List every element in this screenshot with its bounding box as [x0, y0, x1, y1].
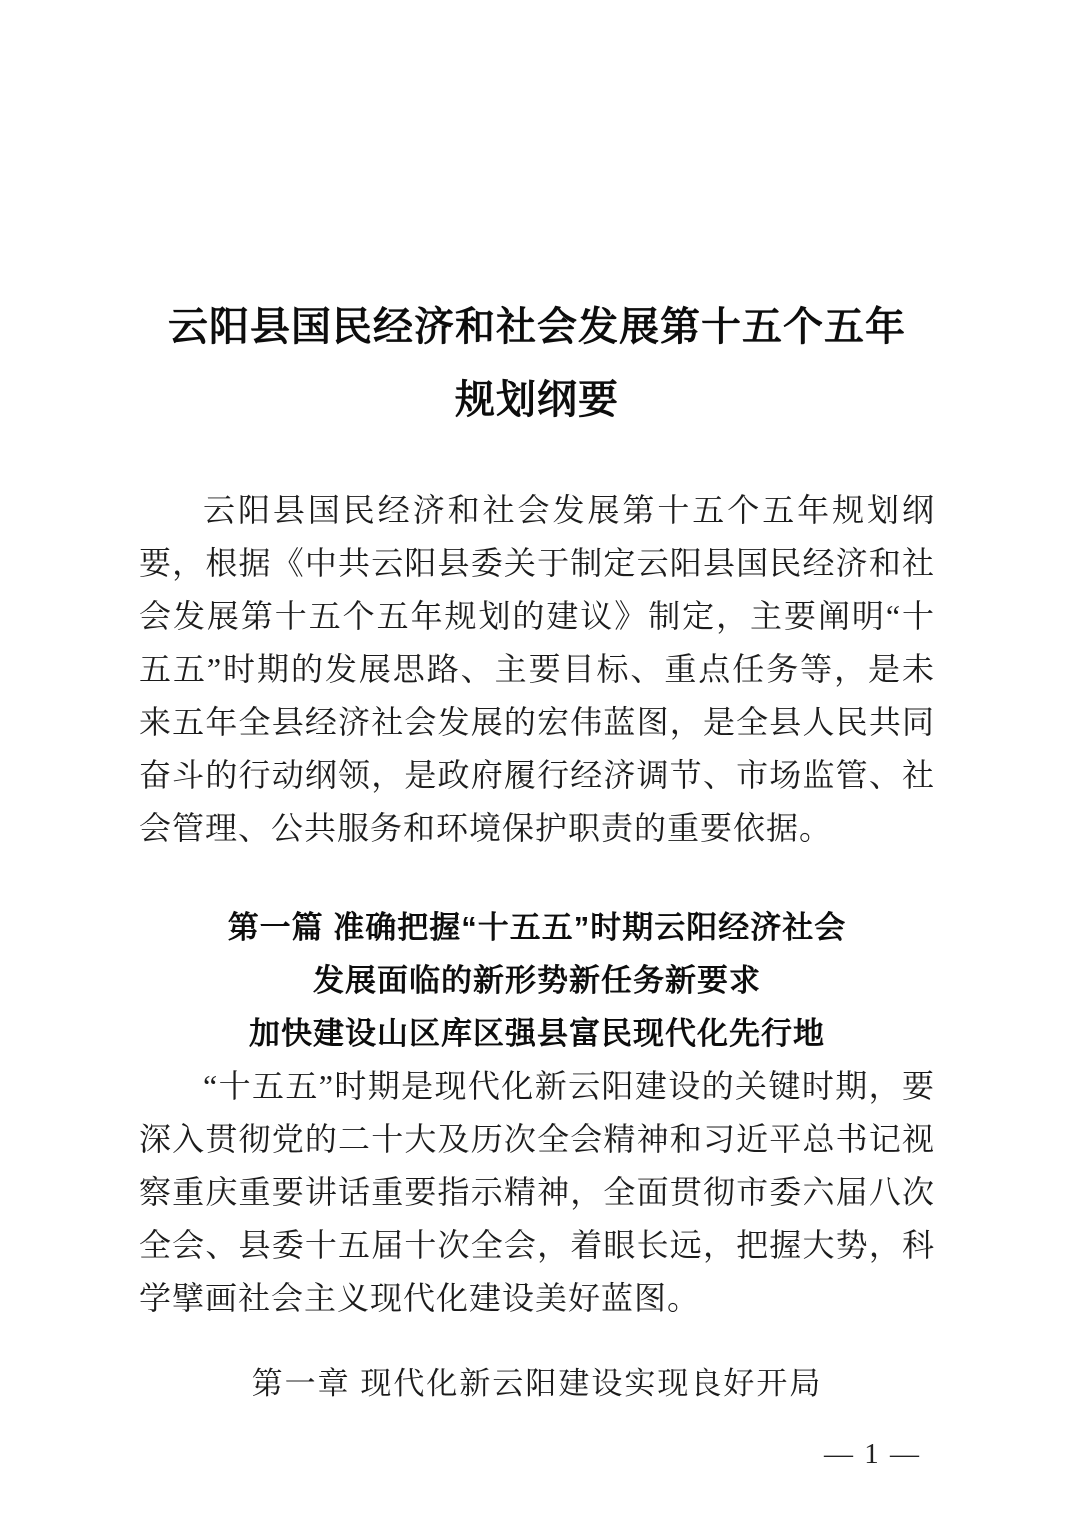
- section-heading-line1: 第一篇 准确把握“十五五”时期云阳经济社会: [139, 901, 935, 954]
- chapter-heading: 第一章 现代化新云阳建设实现良好开局: [139, 1357, 935, 1410]
- intro-paragraph: 云阳县国民经济和社会发展第十五个五年规划纲要，根据《中共云阳县委关于制定云阳县国…: [139, 484, 935, 855]
- page-number: — 1 —: [139, 1428, 935, 1481]
- section-heading-line3: 加快建设山区库区强县富民现代化先行地: [139, 1007, 935, 1060]
- document-title-line1: 云阳县国民经济和社会发展第十五个五年: [139, 290, 935, 363]
- document-page: 云阳县国民经济和社会发展第十五个五年 规划纲要 云阳县国民经济和社会发展第十五个…: [0, 0, 1074, 1520]
- section-heading-line2: 发展面临的新形势新任务新要求: [139, 954, 935, 1007]
- section-heading: 第一篇 准确把握“十五五”时期云阳经济社会 发展面临的新形势新任务新要求 加快建…: [139, 901, 935, 1060]
- document-title: 云阳县国民经济和社会发展第十五个五年 规划纲要: [139, 290, 935, 436]
- document-title-line2: 规划纲要: [139, 363, 935, 436]
- document-content: 云阳县国民经济和社会发展第十五个五年 规划纲要 云阳县国民经济和社会发展第十五个…: [139, 0, 935, 1481]
- section-paragraph: “十五五”时期是现代化新云阳建设的关键时期，要深入贯彻党的二十大及历次全会精神和…: [139, 1060, 935, 1325]
